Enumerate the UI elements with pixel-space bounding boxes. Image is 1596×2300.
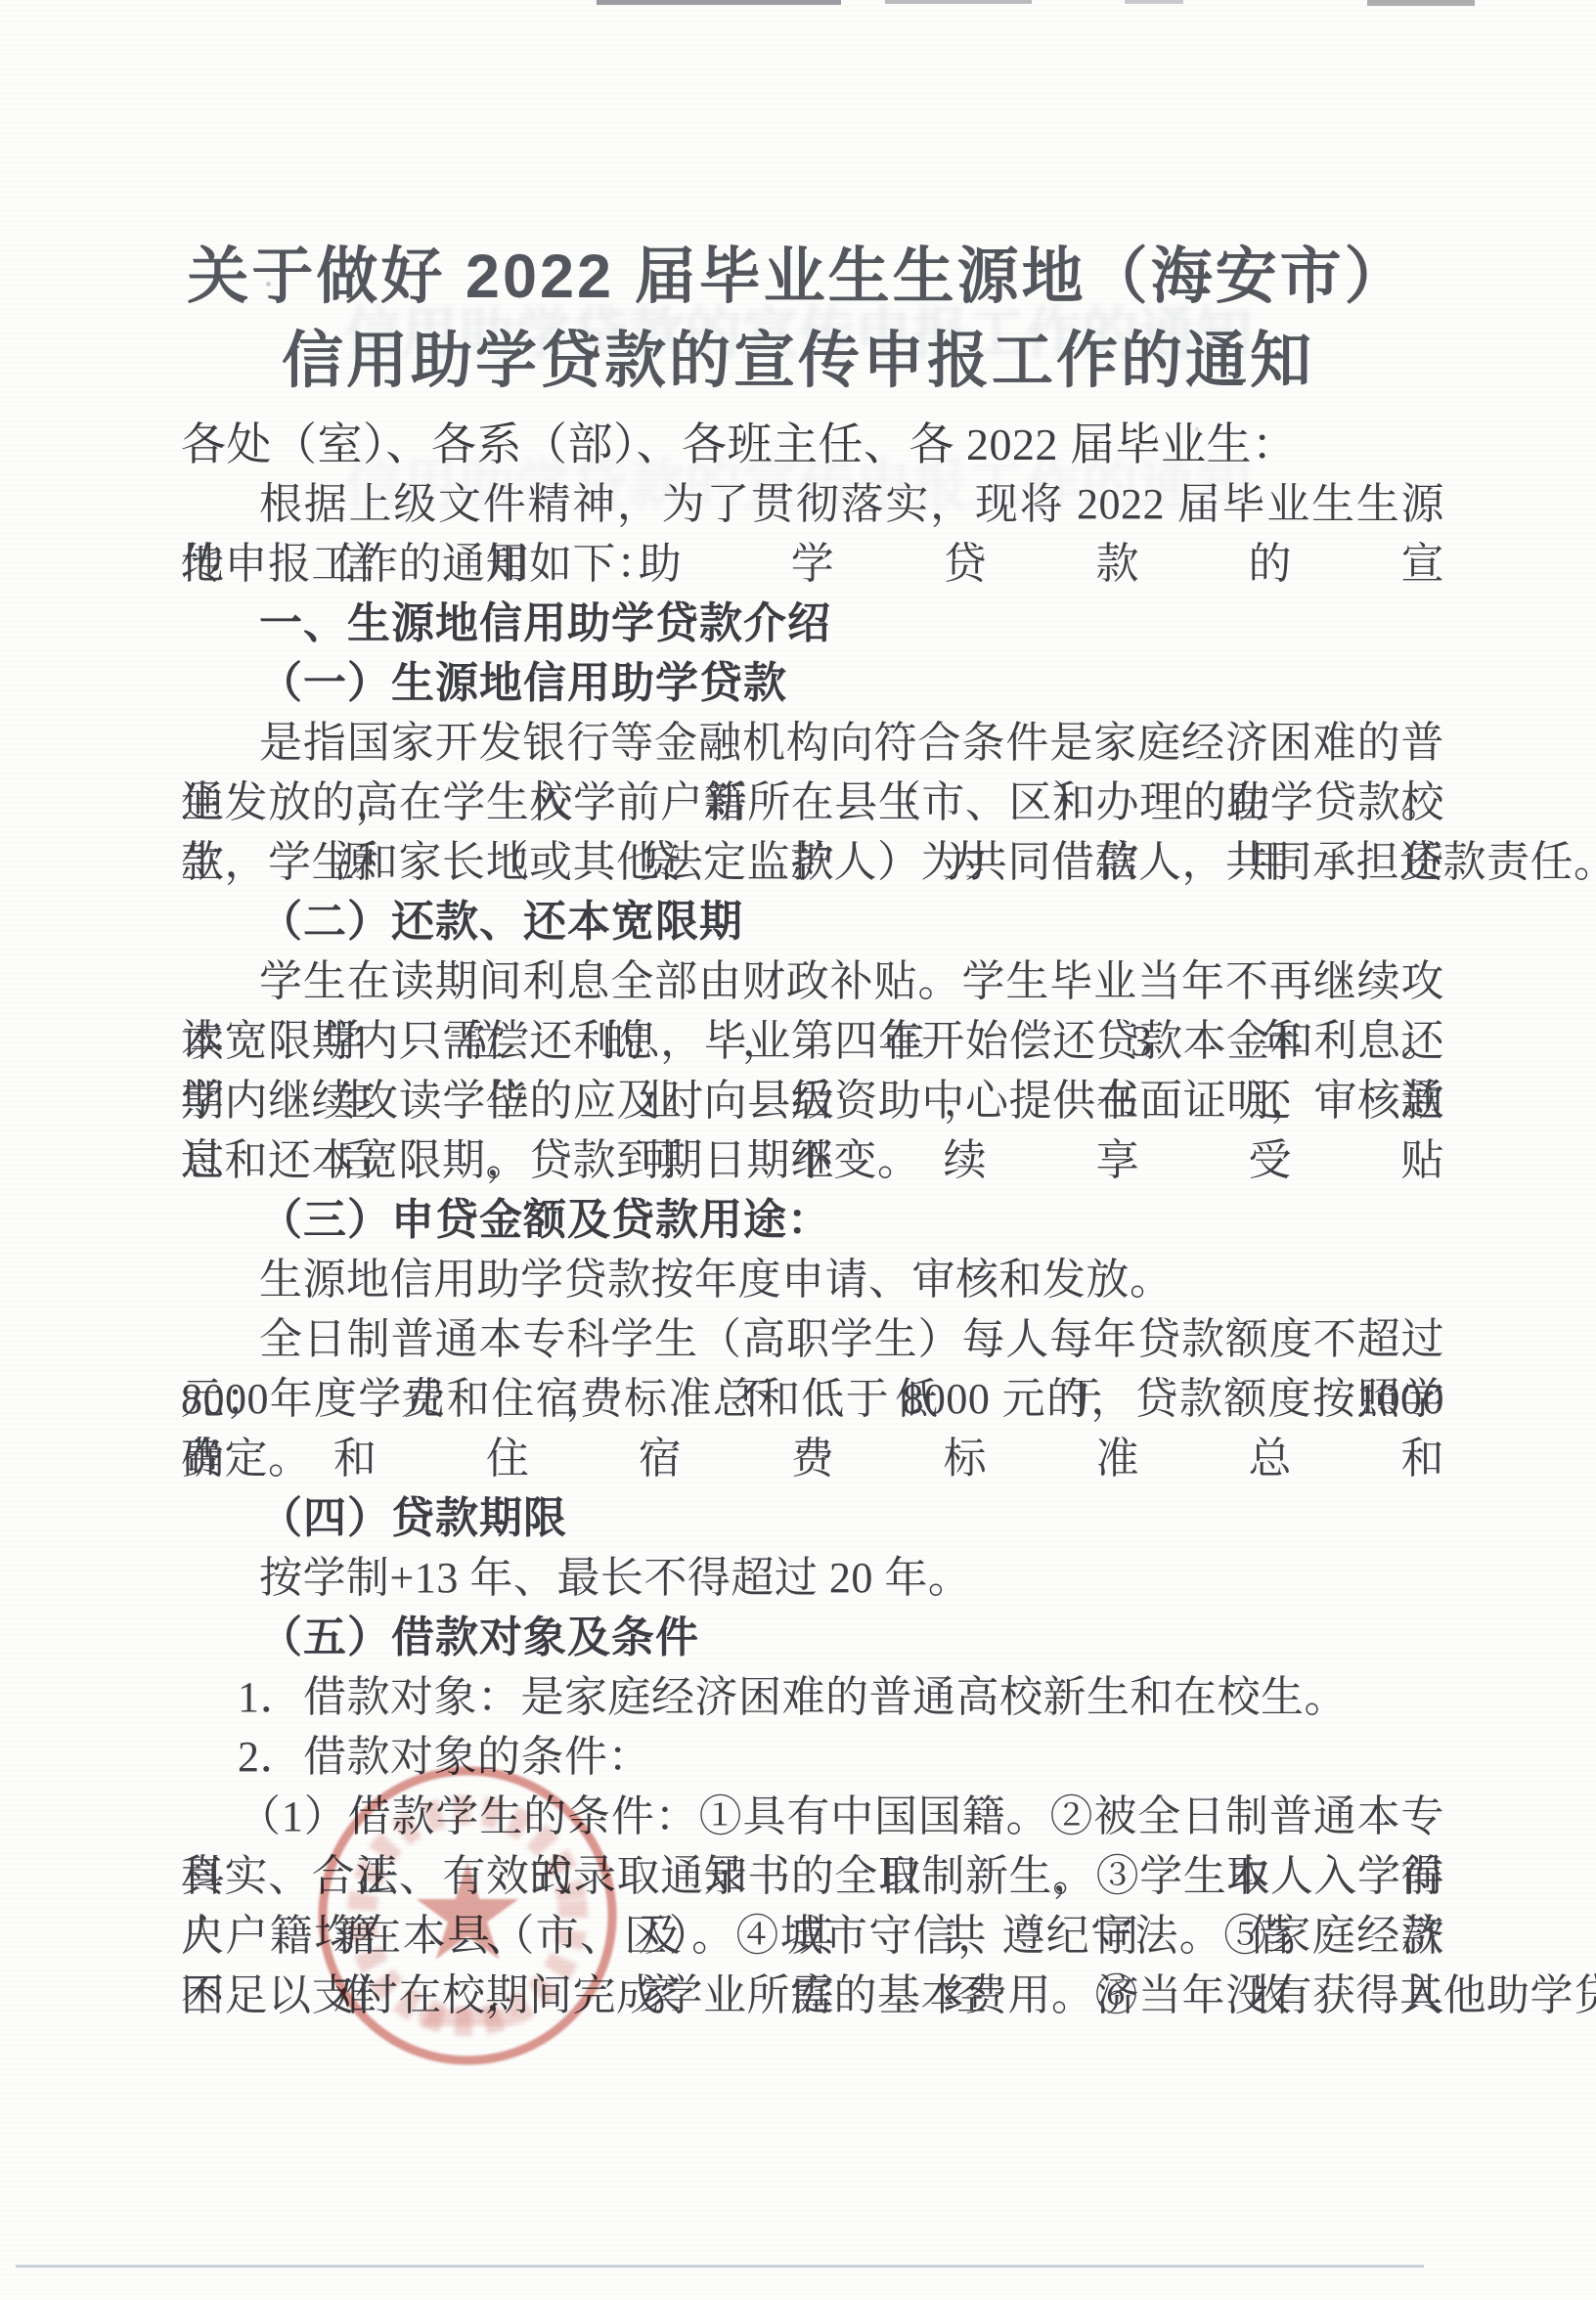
section-heading: （三）申贷金额及贷款用途： [181,1190,1444,1250]
section-heading: （五）借款对象及条件 [181,1608,1444,1667]
list-item: 1．借款对象：是家庭经济困难的普通高校新生和在校生。 [181,1667,1444,1727]
doc-body: 各处（室）、各系（部）、各班主任、各 2022 届毕业生： 根据上级文件精神，为… [181,415,1444,2025]
doc-title-line-2: 信用助学贷款的宣传申报工作的通知 [0,324,1596,398]
doc-line: 不足以支付在校期间完成学业所需的基本费用。⑥当年没有获得其他助学贷款。 [181,1966,1444,2025]
scan-artifact [16,2265,1424,2268]
scan-artifact [1125,0,1183,4]
scan-artifact [885,0,1032,4]
doc-line: 生发放的，在学生入学前户籍所在县（市、区）办理的助学贷款。生源地贷款为信用贷 [181,773,1444,832]
scanned-page: 信用助学贷款的宣传申报工作的通知 信用助学贷款的宣传申报工作的通知 关于做好 2… [0,0,1596,2300]
doc-line: 生源地信用助学贷款按年度申请、审核和发放。 [181,1250,1444,1309]
scan-artifact [597,0,841,5]
doc-line: 真实、合法、有效的录取通知书的全日制新生。③学生本人入学前户籍、及其共同借款 [181,1846,1444,1906]
doc-line: 是指国家开发银行等金融机构向符合条件是家庭经济困难的普通高校新生和在校 [181,713,1444,773]
salutation: 各处（室）、各系（部）、各班主任、各 2022 届毕业生： [181,415,1444,474]
doc-line: 全日制普通本专科学生（高职学生）每人每年贷款额度不超过 8000 元，不低于 1… [181,1309,1444,1369]
doc-line: 人户籍均在本县（市、区）。④城市守信，遵纪守法。⑤家庭经济困难，家庭经济收入 [181,1906,1444,1966]
scan-artifact [1367,0,1475,6]
doc-line: 款，学生和家长（或其他法定监护人）为共同借款人，共同承担还款责任。 [181,832,1444,892]
list-item: 2．借款对象的条件： [181,1727,1444,1787]
doc-line: 根据上级文件精神，为了贯彻落实，现将 2022 届毕业生生源地信用助学贷款的宣 [181,474,1444,534]
doc-line: 学生在读期间利息全部由财政补贴。学生毕业当年不再继续攻读学位的，在 3 年还 [181,951,1444,1011]
doc-line: 期内继续攻读学位的应及时向县级资助中心提供书面证明，审核通过后，可继续享受贴 [181,1071,1444,1130]
doc-line: 本宽限期内只需偿还利息，毕业第四年开始偿还贷款本金和利息。学生毕业后，在还款 [181,1011,1444,1071]
doc-line: （1）借款学生的条件：①具有中国国籍。②被全日制普通本专科正式录取，取得 [181,1787,1444,1846]
doc-title-line-1: 关于做好 2022 届毕业生生源地（海安市） [0,240,1596,314]
doc-line: 按学制+13 年、最长不得超过 20 年。 [181,1548,1444,1608]
section-heading: （二）还款、还本宽限期 [181,892,1444,951]
section-heading: 一、生源地信用助学贷款介绍 [181,594,1444,653]
section-heading: （一）生源地信用助学贷款 [181,653,1444,713]
section-heading: （四）贷款期限 [181,1488,1444,1548]
doc-line: 元；年度学费和住宿费标准总和低于 8000 元的，贷款额度按照学费和住宿费标准总… [181,1369,1444,1429]
